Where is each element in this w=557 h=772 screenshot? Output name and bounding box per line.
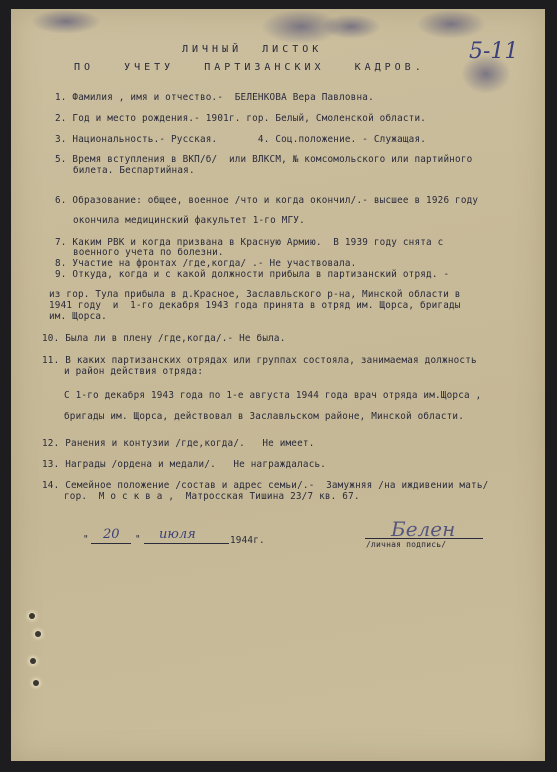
item-11-cont3: бригады им. Щорса, действовал в Заславль…	[64, 411, 464, 422]
item-6-cont: окончила медицинский факультет 1-го МГУ.	[73, 215, 305, 226]
ink-stain	[31, 9, 101, 34]
date-day: 20	[103, 527, 120, 542]
item-14: 14. Семейное положение /состав и адрес с…	[42, 480, 488, 491]
item-7-cont: военного учета по болезни.	[73, 247, 224, 258]
ink-stain	[416, 9, 486, 39]
item-9: 9. Откуда, когда и с какой должности при…	[55, 269, 449, 280]
item-12: 12. Ранения и контузии /где,когда/. Не и…	[42, 438, 315, 449]
ink-stain	[321, 14, 381, 39]
binding-hole	[35, 631, 41, 637]
item-9-cont2: 1941 году и 1-го декабря 1943 года приня…	[49, 300, 461, 311]
corner-handwritten-mark: 5-11	[469, 39, 518, 64]
date-year: 1944г.	[230, 535, 265, 546]
date-mid-quote: "	[135, 534, 141, 545]
item-13: 13. Награды /ордена и медали/. Не награж…	[42, 459, 326, 470]
item-8: 8. Участие на фронтах /где,когда/ .- Не …	[55, 258, 357, 269]
item-11-cont: и район действия отряда:	[64, 366, 203, 377]
signature-label: /личная подпись/	[366, 539, 446, 550]
item-3-4: 3. Национальность.- Русская. 4. Соц.поло…	[55, 134, 426, 145]
date-open-quote: "	[83, 534, 89, 545]
item-10: 10. Была ли в плену /где,когда/.- Не был…	[42, 333, 286, 344]
item-6: 6. Образование: общее, военное /что и ко…	[55, 195, 478, 206]
title-line-2: ПО УЧЕТУ ПАРТИЗАНСКИХ КАДРОВ.	[74, 62, 425, 73]
document-page: 5-11 ЛИЧНЫЙ ЛИСТОК ПО УЧЕТУ ПАРТИЗАНСКИХ…	[11, 9, 545, 761]
item-9-cont3: им. Щорса.	[49, 311, 107, 322]
item-11-cont2: С 1-го декабря 1943 года по 1-е августа …	[64, 390, 481, 401]
item-9-cont: из гор. Тула прибыла в д.Красное, Заслав…	[49, 289, 461, 300]
binding-hole	[33, 680, 39, 686]
item-2: 2. Год и место рождения.- 1901г. гор. Бе…	[55, 113, 426, 124]
item-14-cont: гор. М о с к в а , Матросская Тишина 23/…	[64, 491, 360, 502]
binding-hole	[30, 658, 36, 664]
item-11: 11. В каких партизанских отрядах или гру…	[42, 355, 477, 366]
binding-hole	[29, 613, 35, 619]
title-line-1: ЛИЧНЫЙ ЛИСТОК	[182, 44, 322, 55]
item-5-cont: билета. Беспартийная.	[73, 165, 195, 176]
item-5: 5. Время вступления в ВКП/б/ или ВЛКСМ, …	[55, 154, 472, 165]
date-month: июля	[159, 527, 196, 542]
item-1: 1. Фамилия , имя и отчество.- БЕЛЕНКОВА …	[55, 92, 374, 103]
